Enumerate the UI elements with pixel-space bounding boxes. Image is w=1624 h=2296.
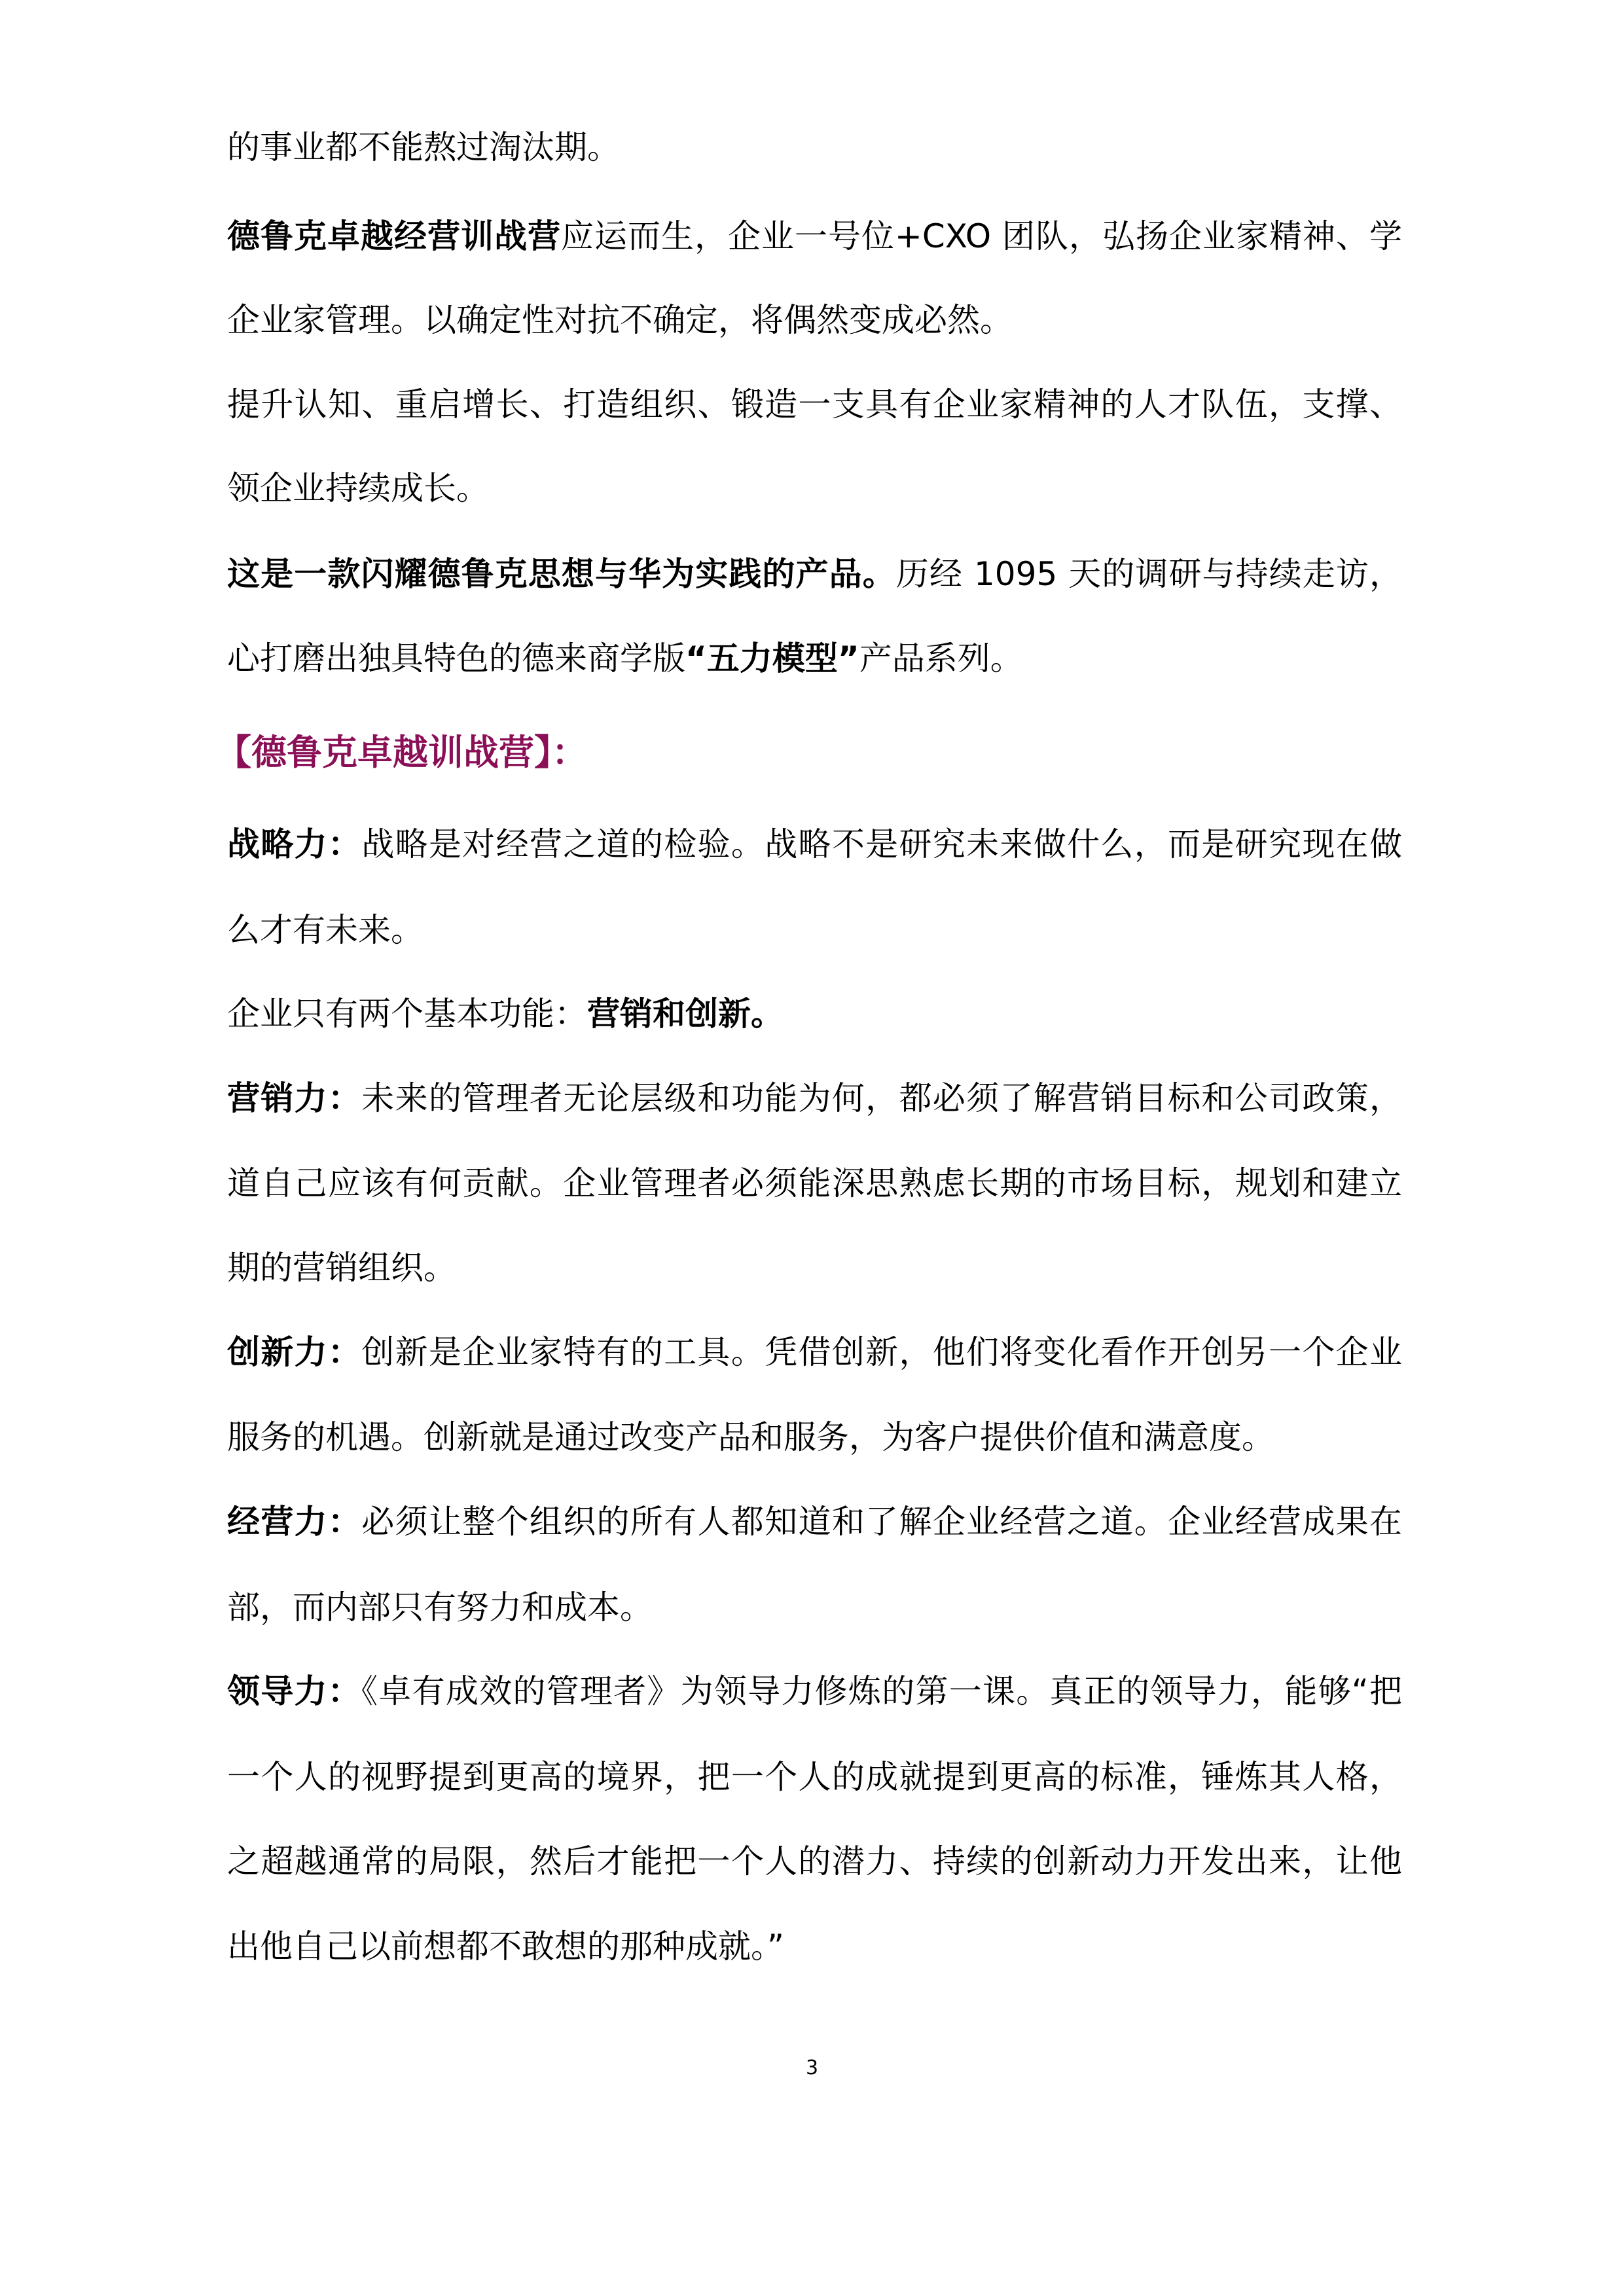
innovation-text-2: 服务的机遇。创新就是通过改变产品和服务，为客户提供价值和满意度。 [227,1418,1274,1456]
marketing-line-3: 期的营销组织。 [227,1245,1402,1291]
p2-line-2: 领企业持续成长。 [227,465,1402,511]
operation-line-2: 部，而内部只有努力和成本。 [227,1585,1402,1630]
innovation-label: 创新力： [227,1333,361,1371]
operation-text: 必须让整个组织的所有人都知道和了解企业经营之道。企业经营成果在外 [227,1503,1402,1545]
leadership-label: 领导力： [227,1672,361,1710]
page-number: 3 [0,2055,1624,2081]
section-heading: 【德鲁克卓越训战营】： [216,728,587,778]
marketing-label: 营销力： [227,1079,361,1117]
leadership-line-2: 一个人的视野提到更高的境界，把一个人的成就提到更高的标准，锤炼其人格，使 [227,1754,1402,1800]
marketing-line-1: 营销力：未来的管理者无论层级和功能为何，都必须了解营销目标和公司政策，知 [227,1075,1402,1121]
p2-text: 提升认知、重启增长、打造组织、锻造一支具有企业家精神的人才队伍，支撑、引 [227,386,1402,427]
strategy-line-1: 战略力：战略是对经营之道的检验。战略不是研究未来做什么，而是研究现在做什 [227,821,1402,867]
marketing-text-2: 道自己应该有何贡献。企业管理者必须能深思熟虑长期的市场目标，规划和建立长 [227,1164,1402,1206]
leadership-line-4: 出他自己以前想都不敢想的那种成就。” [227,1924,1402,1969]
p3-text-2b: 产品系列。 [859,639,1023,677]
functions-text: 企业只有两个基本功能： [227,995,587,1033]
leadership-line-3: 之超越通常的局限，然后才能把一个人的潜力、持续的创新动力开发出来，让他做 [227,1839,1402,1884]
p1-line-1: 德鲁克卓越经营训战营应运而生，企业一号位+CXO 团队，弘扬企业家精神、学习 [227,213,1402,259]
p3-text-2a: 心打磨出独具特色的德来商学版 [227,639,685,677]
intro-text: 的事业都不能熬过淘汰期。 [227,128,620,166]
marketing-text-3: 期的营销组织。 [227,1249,456,1287]
strategy-label: 战略力： [227,825,361,863]
functions-bold: 营销和创新。 [587,995,784,1033]
document-page: 的事业都不能熬过淘汰期。 德鲁克卓越经营训战营应运而生，企业一号位+CXO 团队… [0,0,1624,2296]
innovation-line-1: 创新力：创新是企业家特有的工具。凭借创新，他们将变化看作开创另一个企业或 [227,1329,1402,1375]
p3-line-1: 这是一款闪耀德鲁克思想与华为实践的产品。历经 1095 天的调研与持续走访，精 [227,551,1402,597]
functions-line: 企业只有两个基本功能：营销和创新。 [227,991,1402,1037]
strategy-text-2: 么才有未来。 [227,911,424,949]
operation-text-2: 部，而内部只有努力和成本。 [227,1588,653,1626]
innovation-text: 创新是企业家特有的工具。凭借创新，他们将变化看作开创另一个企业或 [227,1333,1402,1375]
operation-line-1: 经营力：必须让整个组织的所有人都知道和了解企业经营之道。企业经营成果在外 [227,1499,1402,1545]
p1-text-2: 企业家管理。以确定性对抗不确定，将偶然变成必然。 [227,301,1013,339]
five-force-model-bold: “五力模型” [685,639,859,677]
strategy-text: 战略是对经营之道的检验。战略不是研究未来做什么，而是研究现在做什 [227,825,1402,867]
product-claim-bold: 这是一款闪耀德鲁克思想与华为实践的产品。 [227,555,896,593]
leadership-text: 《卓有成效的管理者》为领导力修炼的第一课。真正的领导力，能够“把 [361,1672,1402,1710]
p3-line-2: 心打磨出独具特色的德来商学版“五力模型”产品系列。 [227,636,1402,681]
innovation-line-2: 服务的机遇。创新就是通过改变产品和服务，为客户提供价值和满意度。 [227,1414,1402,1460]
p2-line-1: 提升认知、重启增长、打造组织、锻造一支具有企业家精神的人才队伍，支撑、引 [227,382,1402,427]
marketing-line-2: 道自己应该有何贡献。企业管理者必须能深思熟虑长期的市场目标，规划和建立长 [227,1160,1402,1206]
leadership-text-2: 一个人的视野提到更高的境界，把一个人的成就提到更高的标准，锤炼其人格，使 [227,1758,1402,1800]
strategy-line-2: 么才有未来。 [227,907,1402,953]
leadership-text-3: 之超越通常的局限，然后才能把一个人的潜力、持续的创新动力开发出来，让他做 [227,1842,1402,1884]
leadership-line-1: 领导力：《卓有成效的管理者》为领导力修炼的第一课。真正的领导力，能够“把 [227,1668,1402,1714]
marketing-text: 未来的管理者无论层级和功能为何，都必须了解营销目标和公司政策，知 [227,1079,1402,1121]
p2-text-2: 领企业持续成长。 [227,469,489,507]
leadership-text-4: 出他自己以前想都不敢想的那种成就。” [227,1928,784,1965]
intro-line-1: 的事业都不能熬过淘汰期。 [227,124,1402,170]
operation-label: 经营力： [227,1503,361,1541]
p1-line-2: 企业家管理。以确定性对抗不确定，将偶然变成必然。 [227,297,1402,343]
program-name-bold: 德鲁克卓越经营训战营 [227,217,561,255]
